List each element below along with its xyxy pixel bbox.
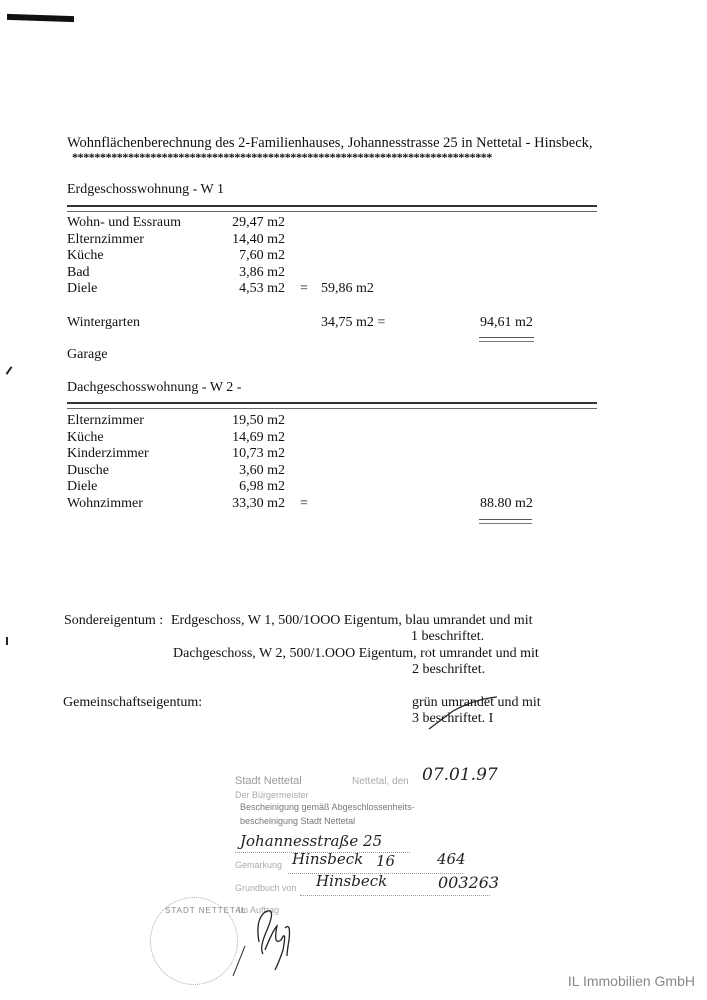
stamp-date: 07.01.97	[422, 765, 498, 785]
room-name: Diele	[67, 479, 97, 495]
room-row: Kinderzimmer10,73 m2	[67, 446, 497, 463]
stamp-line4: bescheinigung Stadt Nettetal	[240, 816, 355, 826]
w1-wintergarten-area: 34,75 m2 =	[321, 315, 385, 331]
room-area: 4,53 m2	[239, 281, 285, 297]
stamp-gemarkung-label: Gemarkung	[235, 860, 282, 870]
room-area: 7,60 m2	[239, 248, 285, 264]
room-area: 33,30 m2	[232, 496, 285, 512]
room-name: Bad	[67, 265, 90, 281]
stamp-place-date-label: Nettetal, den	[352, 776, 409, 787]
room-row: Küche14,69 m2	[67, 430, 497, 447]
room-name: Elternzimmer	[67, 232, 144, 248]
stamp-line2: Der Bürgermeister	[235, 790, 309, 800]
company-footer: IL Immobilien GmbH	[568, 973, 695, 989]
sondereigentum-label: Sondereigentum :	[64, 613, 163, 629]
gemeinschaftseigentum-label: Gemeinschaftseigentum:	[63, 695, 202, 711]
stamp-street: Johannesstraße 25	[240, 832, 382, 850]
room-name: Küche	[67, 430, 104, 446]
w1-heading: Erdgeschosswohnung - W 1	[67, 182, 224, 198]
room-row: Diele6,98 m2	[67, 479, 497, 496]
room-area: 29,47 m2	[232, 215, 285, 231]
room-name: Wohn- und Essraum	[67, 215, 181, 231]
signature	[225, 900, 315, 980]
room-row: Diele4,53 m2=59,86 m2	[67, 281, 497, 298]
w1-garage: Garage	[67, 347, 107, 363]
w2-total: 88.80 m2	[480, 496, 533, 512]
w1-total: 94,61 m2	[480, 315, 533, 331]
pen-strike-mark	[425, 693, 535, 733]
w2-heading: Dachgeschosswohnung - W 2 -	[67, 380, 241, 396]
scan-artifact-mark	[6, 637, 8, 645]
scan-artifact-bar	[7, 14, 74, 22]
room-name: Elternzimmer	[67, 413, 144, 429]
stamp-org: Stadt Nettetal	[235, 775, 302, 787]
room-name: Wohnzimmer	[67, 496, 143, 512]
stamp-line3: Bescheinigung gemäß Abgeschlossenheits-	[240, 802, 415, 812]
sondereigentum-w2: Dachgeschoss, W 2, 500/1.OOO Eigentum, r…	[173, 646, 539, 662]
stamp-grundbuch-label: Grundbuch von	[235, 883, 297, 893]
total-underline	[479, 337, 534, 342]
room-area: 14,40 m2	[232, 232, 285, 248]
scan-artifact-mark	[6, 366, 13, 375]
subtotal: 59,86 m2	[321, 281, 374, 297]
dotted-line	[300, 895, 490, 896]
double-rule	[67, 205, 597, 212]
room-row: Wohnzimmer33,30 m2=	[67, 496, 497, 513]
w1-wintergarten-label: Wintergarten	[67, 315, 140, 331]
sondereigentum-w1-b: 1 beschriftet.	[411, 629, 484, 645]
double-rule	[67, 402, 597, 409]
room-area: 6,98 m2	[239, 479, 285, 495]
room-name: Küche	[67, 248, 104, 264]
room-row: Dusche3,60 m2	[67, 463, 497, 480]
room-row: Küche7,60 m2	[67, 248, 497, 265]
room-area: 3,60 m2	[239, 463, 285, 479]
room-row: Wohn- und Essraum29,47 m2	[67, 215, 497, 232]
asterisk-divider: ****************************************…	[72, 150, 492, 165]
room-row: Elternzimmer14,40 m2	[67, 232, 497, 249]
room-area: 19,50 m2	[232, 413, 285, 429]
total-underline	[479, 519, 532, 524]
stamp-flur: 16	[376, 852, 395, 870]
equals-sign: =	[300, 281, 308, 297]
equals-sign: =	[300, 496, 308, 512]
stamp-flurstueck: 464	[437, 850, 466, 868]
room-row: Elternzimmer19,50 m2	[67, 413, 497, 430]
room-area: 10,73 m2	[232, 446, 285, 462]
room-name: Kinderzimmer	[67, 446, 149, 462]
stamp-gemarkung: Hinsbeck	[292, 850, 363, 868]
stamp-grundbuch: Hinsbeck	[316, 872, 387, 890]
stamp-blatt: 003263	[438, 873, 499, 892]
room-area: 3,86 m2	[239, 265, 285, 281]
sondereigentum-w2-b: 2 beschriftet.	[412, 662, 485, 678]
room-area: 14,69 m2	[232, 430, 285, 446]
room-name: Dusche	[67, 463, 109, 479]
room-row: Bad3,86 m2	[67, 265, 497, 282]
sondereigentum-w1: Erdgeschoss, W 1, 500/1OOO Eigentum, bla…	[171, 613, 533, 629]
room-name: Diele	[67, 281, 97, 297]
